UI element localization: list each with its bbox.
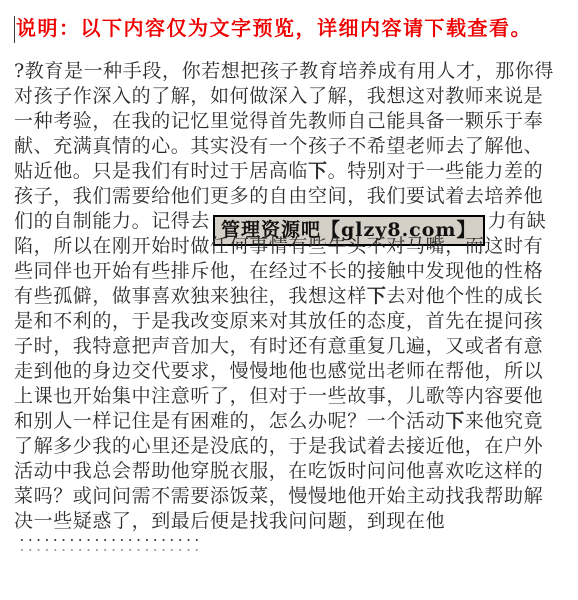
text-line: 是和不利的，于是我改变原来对其放任的态度，首先在提问孩	[14, 309, 554, 334]
preview-notice: 说明：以下内容仅为文字预览，详细内容请下载查看。	[16, 13, 532, 43]
text-segment: 力有缺	[488, 210, 547, 232]
text-segment: 和别人一样记住是有困难的，怎么办呢？一个活动	[14, 410, 445, 432]
text-line: 孩子，我们需要给他们更多的自由空间，我们要试着去培养他	[14, 184, 554, 209]
text-segment: 些同伴也开始有些排斥他，在经过不长的接触中发现他的性格	[14, 260, 543, 282]
text-segment: 子时，我特意把声音加大，有时还有意重复几遍，又或者有意	[14, 335, 543, 357]
text-line: 有些孤僻，做事喜欢独来独往，我想这样下去对他个性的成长	[14, 284, 554, 309]
text-segment: 。特别对于一些能力差的	[328, 160, 544, 182]
text-line: 陷，所以在刚开始时做任何事情有些牛头不对马嘴，而这时有	[14, 234, 554, 259]
text-line: 些同伴也开始有些排斥他，在经过不长的接触中发现他的性格	[14, 259, 554, 284]
text-segment: 活动中我总会帮助他穿脱衣服，在吃饭时问问他喜欢吃这样的	[14, 460, 543, 482]
text-segment: 对孩子作深入的了解，如何做深入了解，我想这对教师来说是	[14, 85, 543, 107]
text-line: 对孩子作深入的了解，如何做深入了解，我想这对教师来说是	[14, 84, 554, 109]
text-segment: 下	[308, 160, 328, 182]
text-line: 们的自制能力。记得去管理资源吧【glzy8.com】力有缺	[14, 209, 554, 234]
text-caret	[14, 16, 15, 43]
text-segment: 去对他个性的成长	[386, 285, 543, 307]
text-segment: ?教育是一种手段，你若想把孩子教育培养成有用人才，那你得	[14, 60, 554, 82]
text-segment: 是和不利的，于是我改变原来对其放任的态度，首先在提问孩	[14, 310, 543, 332]
text-segment: 下	[367, 285, 387, 307]
text-segment: 陷，所以在刚开始时做任何事情有些牛头不对马嘴，而这时有	[14, 235, 543, 257]
text-line: 了解多少我的心里还是没底的，于是我试着去接近他，在户外	[14, 434, 554, 459]
text-line: 一种考验，在我的记忆里觉得首先教师自己能具备一颗乐于奉	[14, 109, 554, 134]
text-line: 献、充满真情的心。其实没有一个孩子不希望老师去了解他、	[14, 134, 554, 159]
text-segment: 了解多少我的心里还是没底的，于是我试着去接近他，在户外	[14, 435, 543, 457]
text-line: 贴近他。只是我们有时过于居高临下。特别对于一些能力差的	[14, 159, 554, 184]
text-segment: 有些孤僻，做事喜欢独来独往，我想这样	[14, 285, 367, 307]
text-segment: 上课也开始集中注意听了，但对于一些故事，儿歌等内容要他	[14, 385, 543, 407]
page-container: 说明：以下内容仅为文字预览，详细内容请下载查看。 ?教育是一种手段，你若想把孩子…	[0, 0, 578, 600]
text-segment: 菜吗？或问问需不需要添饭菜，慢慢地他开始主动找我帮助解	[14, 485, 543, 507]
text-line: ?教育是一种手段，你若想把孩子教育培养成有用人才，那你得	[14, 59, 554, 84]
text-segment: 下	[445, 410, 465, 432]
text-segment: 们的自制能力。记得去	[14, 210, 210, 232]
text-line: 决一些疑惑了，到最后便是找我问问题，到现在他	[14, 509, 554, 534]
document-preview-text: ?教育是一种手段，你若想把孩子教育培养成有用人才，那你得对孩子作深入的了解，如何…	[14, 59, 554, 554]
text-segment: 决一些疑惑了，到最后便是找我问问题，到现在他	[14, 510, 445, 532]
text-line: 走到他的身边交代要求，慢慢地他也感觉出老师在帮他，所以	[14, 359, 554, 384]
ellipsis-line: ······················	[20, 547, 554, 554]
text-segment: 孩子，我们需要给他们更多的自由空间，我们要试着去培养他	[14, 185, 543, 207]
text-line: 上课也开始集中注意听了，但对于一些故事，儿歌等内容要他	[14, 384, 554, 409]
text-line: 活动中我总会帮助他穿脱衣服，在吃饭时问问他喜欢吃这样的	[14, 459, 554, 484]
text-segment: 走到他的身边交代要求，慢慢地他也感觉出老师在帮他，所以	[14, 360, 543, 382]
text-line: 菜吗？或问问需不需要添饭菜，慢慢地他开始主动找我帮助解	[14, 484, 554, 509]
text-segment: 献、充满真情的心。其实没有一个孩子不希望老师去了解他、	[14, 135, 543, 157]
text-segment: 一种考验，在我的记忆里觉得首先教师自己能具备一颗乐于奉	[14, 110, 543, 132]
text-segment: 贴近他。只是我们有时过于居高临	[14, 160, 308, 182]
text-line: 子时，我特意把声音加大，有时还有意重复几遍，又或者有意	[14, 334, 554, 359]
ellipsis-line: ······················	[20, 537, 554, 544]
text-segment: 来他究竟	[465, 410, 543, 432]
text-line: 和别人一样记住是有困难的，怎么办呢？一个活动下来他究竟	[14, 409, 554, 434]
